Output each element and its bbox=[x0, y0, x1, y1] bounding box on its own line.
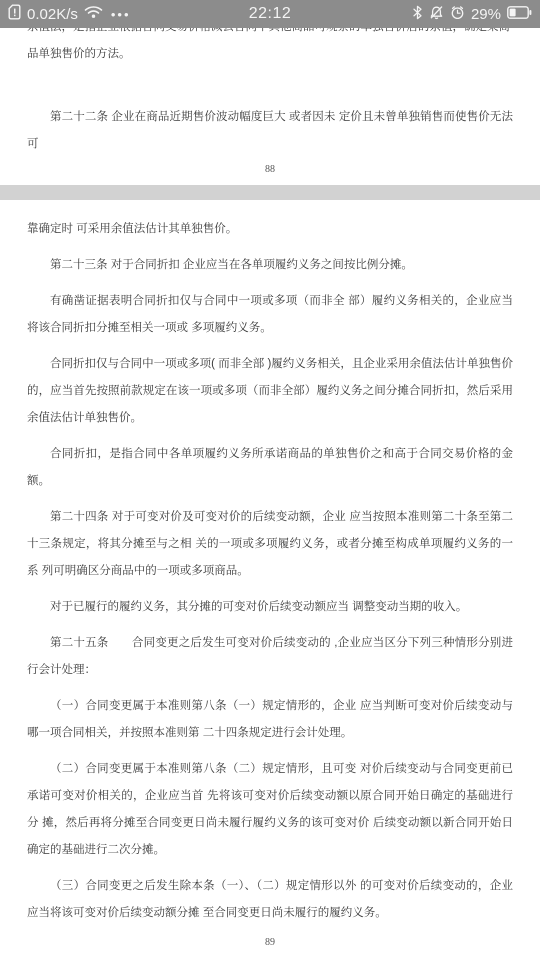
paragraph: 第二十四条 对于可变对价及可变对价的后续变动额，企业 应当按照本准则第二十条至第… bbox=[27, 504, 513, 585]
mute-icon bbox=[429, 5, 444, 24]
bluetooth-icon bbox=[412, 5, 423, 24]
page-89: 靠确定时 可采用余值法估计其单独售价。 第二十三条 对于合同折扣 企业应当在各单… bbox=[0, 200, 540, 945]
page-88-line: 品单独售价的方法。 bbox=[27, 41, 513, 68]
paragraph: 第二十三条 对于合同折扣 企业应当在各单项履约义务之间按比例分摊。 bbox=[27, 252, 513, 279]
document-scroll-area[interactable]: 余值法，是指企业根据合同交易价格减去合同中其他商品可观察的单独售价后的余值，确定… bbox=[0, 28, 540, 960]
paragraph: 合同折扣，是指合同中各单项履约义务所承诺商品的单独售价之和高于合同交易价格的金额… bbox=[27, 441, 513, 495]
battery-icon bbox=[507, 6, 532, 23]
paragraph: （三）合同变更之后发生除本条（一）、（二）规定情形以外 的可变对价后续变动的，企… bbox=[27, 873, 513, 927]
more-dots-icon: ••• bbox=[111, 7, 131, 22]
page-88-clipped-line: 余值法，是指企业根据合同交易价格减去合同中其他商品可观察的单独售价后的余值，确定… bbox=[27, 28, 513, 41]
paragraph: （二）合同变更属于本准则第八条（二）规定情形，且可变 对价后续变动与合同变更前已… bbox=[27, 756, 513, 864]
paragraph: 靠确定时 可采用余值法估计其单独售价。 bbox=[27, 216, 513, 243]
alarm-clock-icon bbox=[450, 5, 465, 24]
battery-percent: 29% bbox=[471, 6, 501, 23]
status-right-group: 29% bbox=[412, 5, 532, 24]
page-number-89: 89 bbox=[27, 936, 513, 945]
page-88-article-22: 第二十二条 企业在商品近期售价波动幅度巨大 或者因未 定价且未曾单独销售而使售价… bbox=[27, 104, 513, 158]
paragraph: 第二十五条 合同变更之后发生可变对价后续变动的 ,企业应当区分下列三种情形分别进… bbox=[27, 630, 513, 684]
status-left-group: 0.02K/s ••• bbox=[8, 4, 131, 24]
page-gap-divider bbox=[0, 185, 540, 200]
status-bar: 0.02K/s ••• 22:12 bbox=[0, 0, 540, 28]
wifi-icon bbox=[84, 5, 103, 23]
sim-alert-icon bbox=[8, 4, 21, 24]
paragraph: 合同折扣仅与合同中一项或多项( 而非全部 )履约义务相关，且企业采用余值法估计单… bbox=[27, 351, 513, 432]
net-speed: 0.02K/s bbox=[27, 6, 78, 23]
page-88: 余值法，是指企业根据合同交易价格减去合同中其他商品可观察的单独售价后的余值，确定… bbox=[0, 28, 540, 185]
page-number-88: 88 bbox=[27, 163, 513, 176]
paragraph: （一）合同变更属于本准则第八条（一）规定情形的，企业 应当判断可变对价后续变动与… bbox=[27, 693, 513, 747]
paragraph: 有确凿证据表明合同折扣仅与合同中一项或多项（而非全 部）履约义务相关的，企业应当… bbox=[27, 288, 513, 342]
paragraph: 对于已履行的履约义务，其分摊的可变对价后续变动额应当 调整变动当期的收入。 bbox=[27, 594, 513, 621]
